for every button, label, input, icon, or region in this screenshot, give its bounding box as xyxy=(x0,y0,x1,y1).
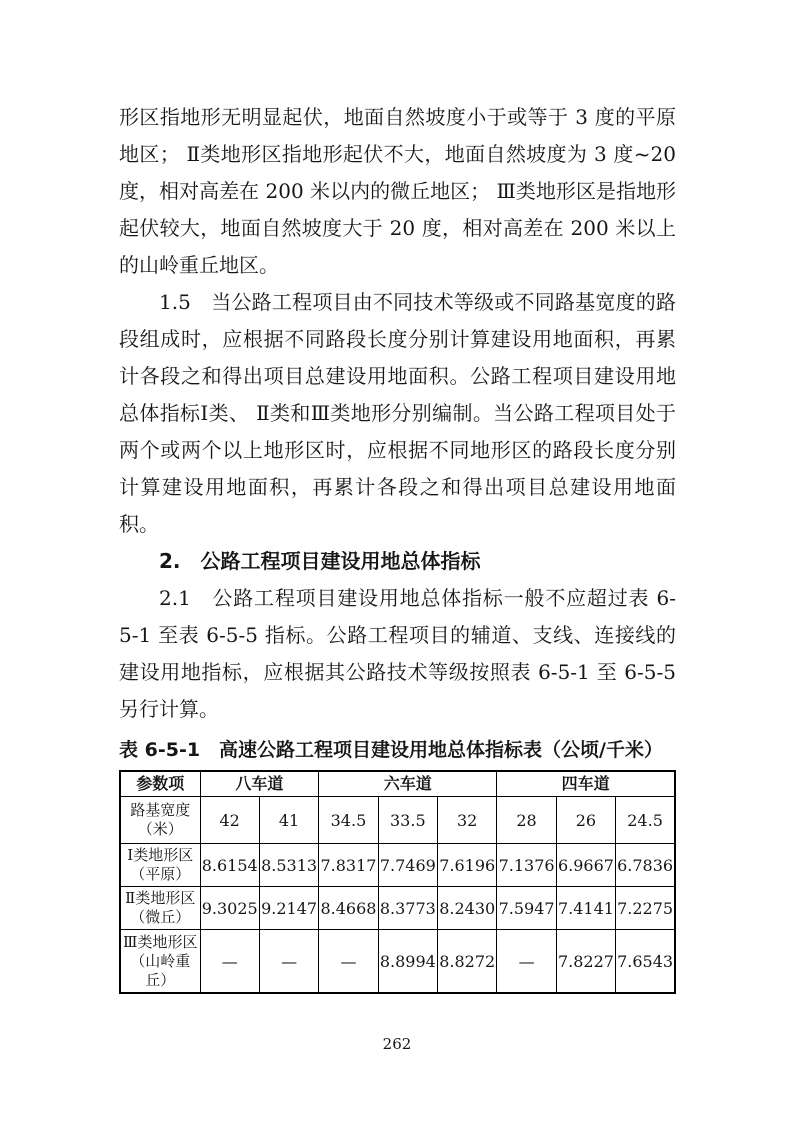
row-label-terrain-2: Ⅱ类地形区 （微丘） xyxy=(120,887,200,930)
table-row-subgrade-width: 路基宽度 （米） 42 41 34.5 33.5 32 28 26 24.5 xyxy=(120,797,675,844)
table-cell: 8.4668 xyxy=(319,887,378,930)
header-cell-six-lanes: 六车道 xyxy=(319,771,497,797)
table-cell: 8.2430 xyxy=(438,887,497,930)
table-cell: 26 xyxy=(556,797,615,844)
table-cell: 8.3773 xyxy=(378,887,437,930)
table-row-terrain-2-hill: Ⅱ类地形区 （微丘） 9.3025 9.2147 8.4668 8.3773 8… xyxy=(120,887,675,930)
table-cell: 7.6196 xyxy=(438,844,497,887)
paragraph-terrain-definitions: 形区指地形无明显起伏，地面自然坡度小于或等于 3 度的平原地区； Ⅱ类地形区指地… xyxy=(119,99,676,284)
table-cell: 41 xyxy=(259,797,318,844)
row-label-terrain-3: Ⅲ类地形区 （山岭重 丘） xyxy=(120,930,200,994)
table-cell: — xyxy=(200,930,259,994)
table-cell: 28 xyxy=(497,797,556,844)
table-cell: 7.5947 xyxy=(497,887,556,930)
row-label-subgrade-width: 路基宽度 （米） xyxy=(120,797,200,844)
table-header-row: 参数项 八车道 六车道 四车道 xyxy=(120,771,675,797)
header-cell-eight-lanes: 八车道 xyxy=(200,771,319,797)
table-row-terrain-3-mountain: Ⅲ类地形区 （山岭重 丘） — — — 8.8994 8.8272 — 7.82… xyxy=(120,930,675,994)
table-cell: 6.9667 xyxy=(556,844,615,887)
page-content: 形区指地形无明显起伏，地面自然坡度小于或等于 3 度的平原地区； Ⅱ类地形区指地… xyxy=(119,99,676,994)
table-cell: 9.2147 xyxy=(259,887,318,930)
table-cell: — xyxy=(259,930,318,994)
table-cell: 7.4141 xyxy=(556,887,615,930)
table-cell: 8.6154 xyxy=(200,844,259,887)
table-cell: 42 xyxy=(200,797,259,844)
table-cell: 8.8272 xyxy=(438,930,497,994)
table-cell: 32 xyxy=(438,797,497,844)
table-caption: 表 6-5-1 高速公路工程项目建设用地总体指标表（公顷/千米） xyxy=(119,735,676,765)
header-cell-four-lanes: 四车道 xyxy=(497,771,675,797)
table-cell: 8.5313 xyxy=(259,844,318,887)
section-heading-2: 2. 公路工程项目建设用地总体指标 xyxy=(119,543,676,580)
table-cell: — xyxy=(319,930,378,994)
table-cell: 24.5 xyxy=(616,797,675,844)
header-cell-parameter: 参数项 xyxy=(120,771,200,797)
table-cell: 6.7836 xyxy=(616,844,675,887)
table-cell: 7.1376 xyxy=(497,844,556,887)
table-cell: 8.8994 xyxy=(378,930,437,994)
table-cell: 7.6543 xyxy=(616,930,675,994)
page-number: 262 xyxy=(0,1035,794,1053)
table-cell: 7.8317 xyxy=(319,844,378,887)
document-page: 形区指地形无明显起伏，地面自然坡度小于或等于 3 度的平原地区； Ⅱ类地形区指地… xyxy=(0,0,794,1122)
row-label-terrain-1: Ⅰ类地形区 （平原） xyxy=(120,844,200,887)
paragraph-2-1: 2.1 公路工程项目建设用地总体指标一般不应超过表 6-5-1 至表 6-5-5… xyxy=(119,580,676,728)
table-cell: 9.3025 xyxy=(200,887,259,930)
table-cell: 33.5 xyxy=(378,797,437,844)
table-cell: 7.8227 xyxy=(556,930,615,994)
table-row-terrain-1-plain: Ⅰ类地形区 （平原） 8.6154 8.5313 7.8317 7.7469 7… xyxy=(120,844,675,887)
table-cell: 7.2275 xyxy=(616,887,675,930)
paragraph-1-5: 1.5 当公路工程项目由不同技术等级或不同路基宽度的路段组成时，应根据不同路段长… xyxy=(119,284,676,543)
land-use-index-table: 参数项 八车道 六车道 四车道 路基宽度 （米） 42 41 34.5 33.5… xyxy=(119,770,676,994)
table-cell: 34.5 xyxy=(319,797,378,844)
table-cell: — xyxy=(497,930,556,994)
table-cell: 7.7469 xyxy=(378,844,437,887)
